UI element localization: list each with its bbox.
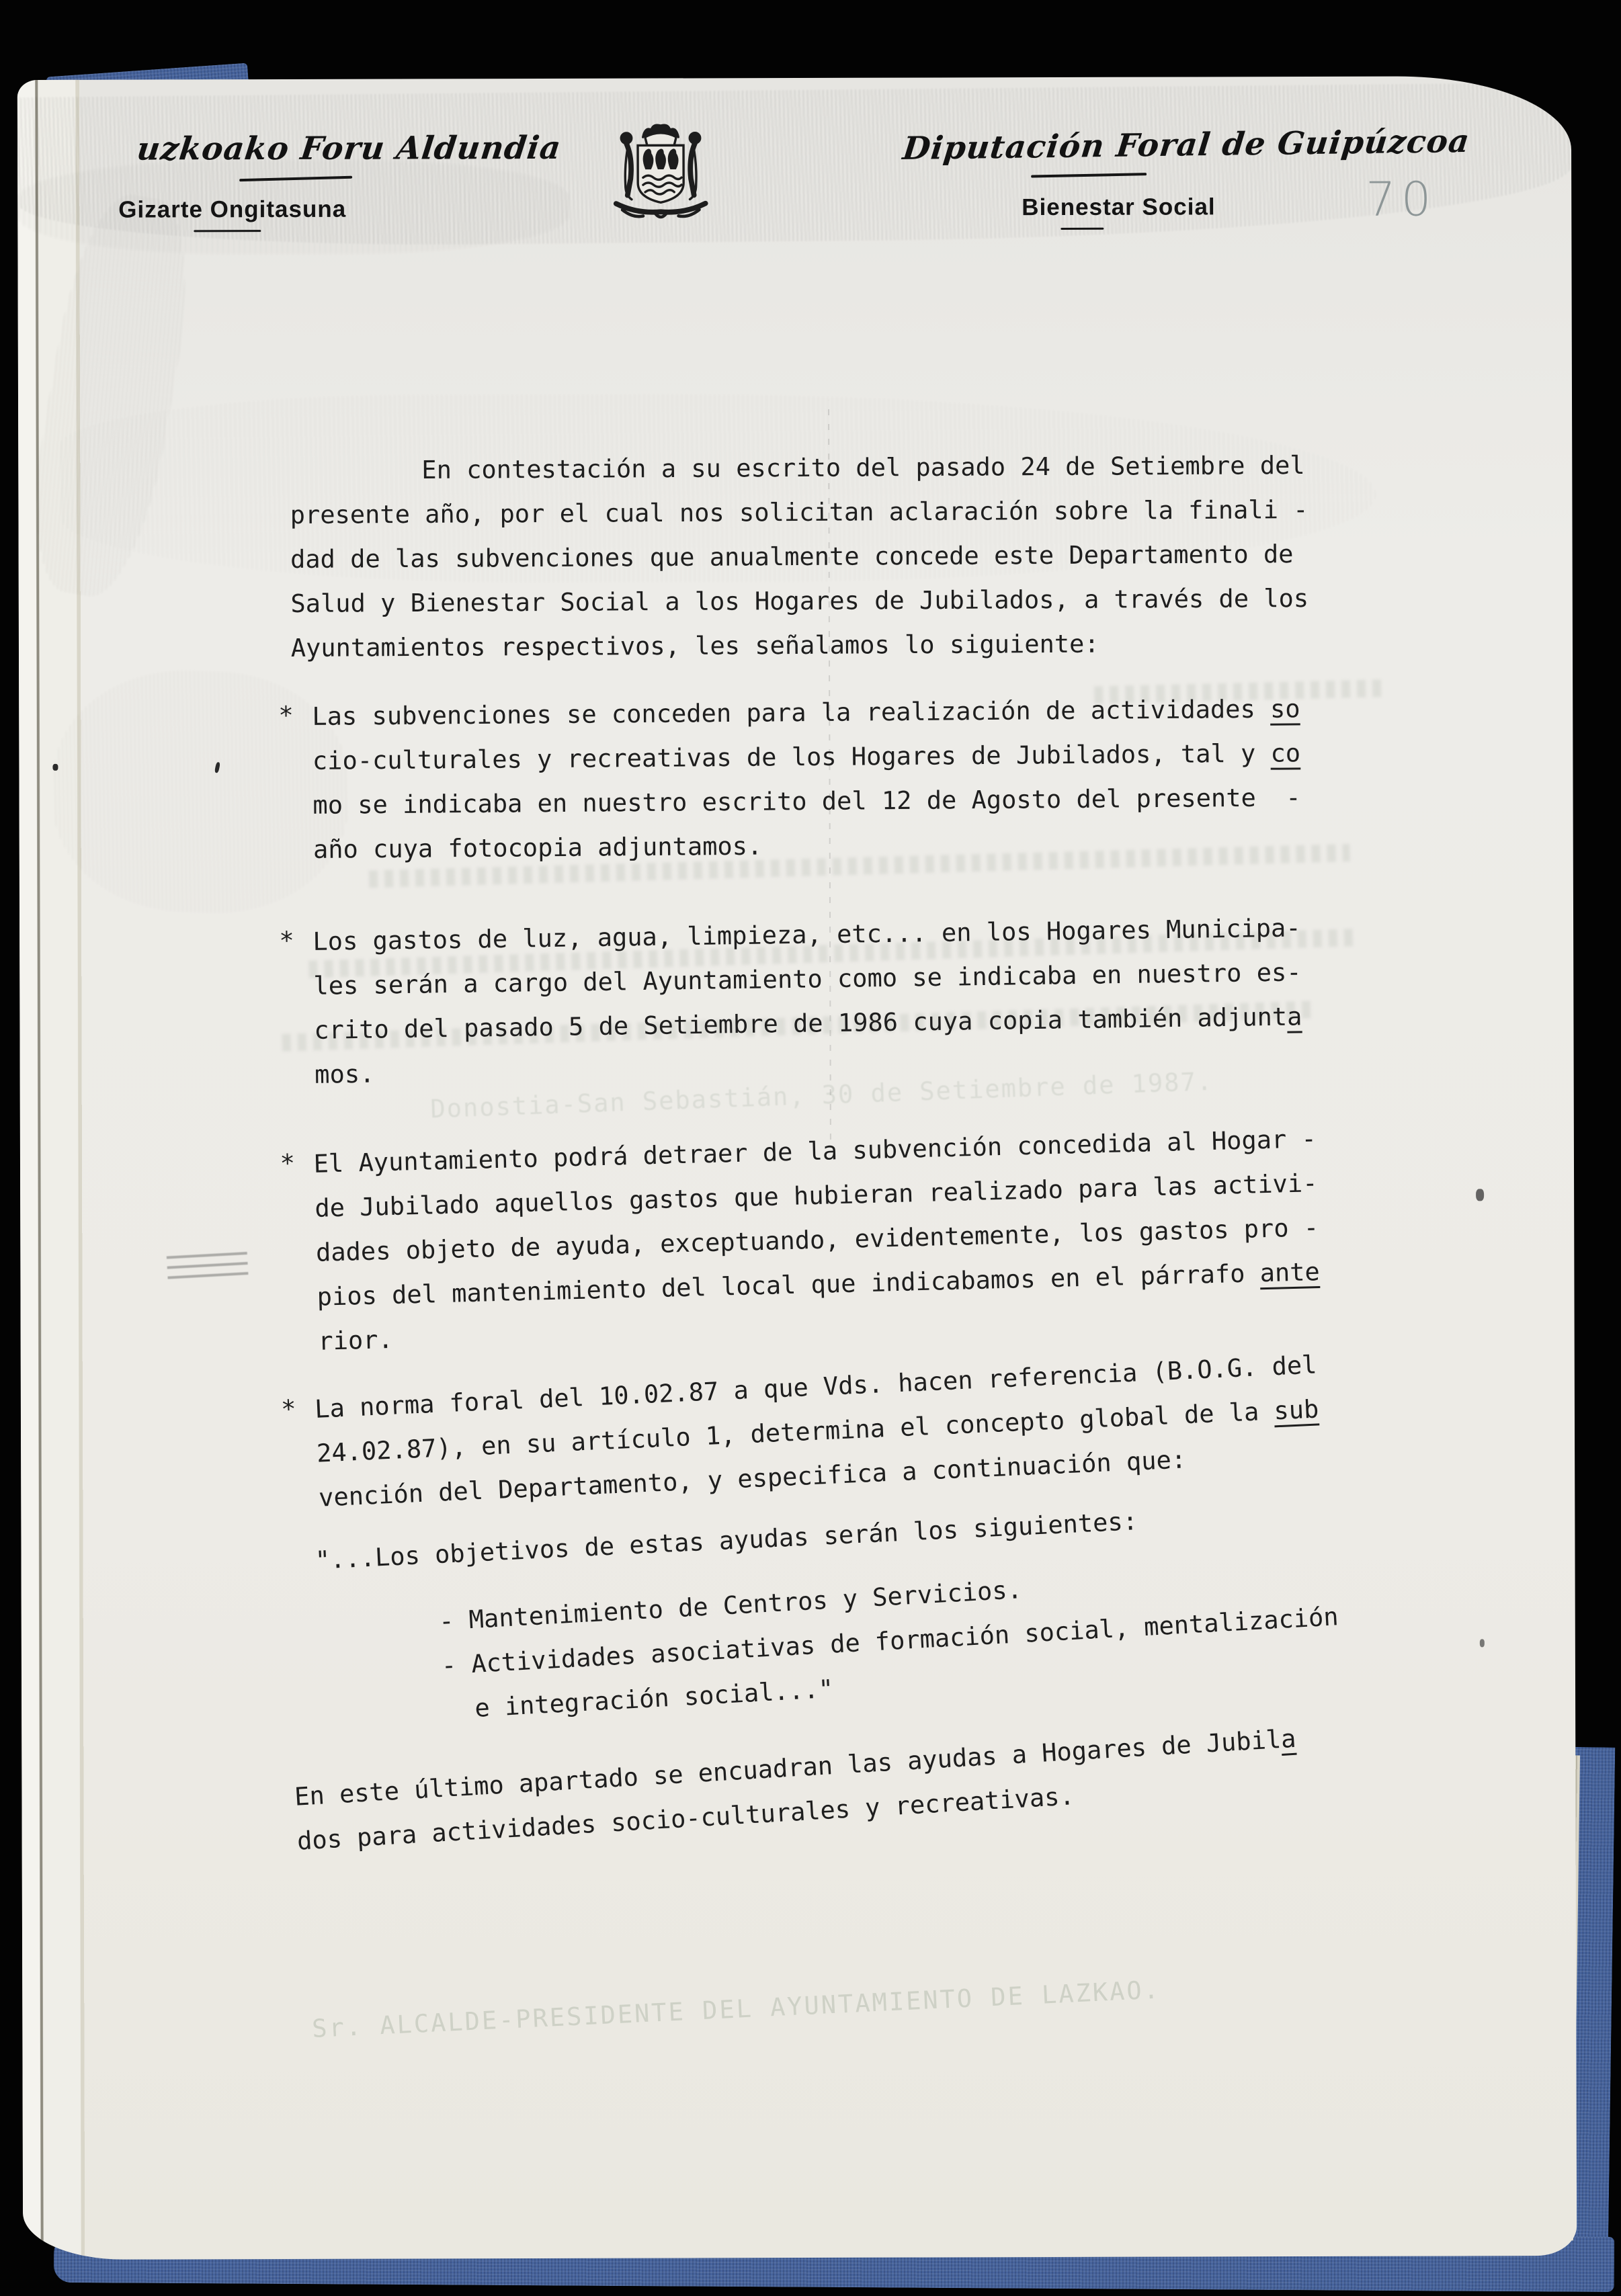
text-line: cio-culturales y recreativas de los Hoga…	[313, 731, 1301, 783]
letterhead-right-rule	[1031, 173, 1147, 177]
page-left-edge	[17, 80, 110, 2260]
bullet-item-1: * Las subvenciones se conceden para la r…	[312, 687, 1301, 872]
letterhead-left-title: uzkoako Foru Aldundia	[135, 130, 563, 168]
quote-items: - Mantenimiento de Centros y Servicios. …	[315, 1550, 1342, 1739]
letterhead-left-dept: Gizarte Ongitasuna	[118, 196, 346, 224]
ink-speck	[214, 762, 220, 773]
ink-speck	[1480, 1639, 1485, 1647]
text-line: Ayuntamientos respectivos, les señalamos…	[291, 621, 1309, 671]
bullet-item-2: * Los gastos de luz, agua, limpieza, etc…	[313, 906, 1303, 1097]
page-number: 70	[1366, 172, 1436, 227]
bullet-marker: *	[280, 1142, 296, 1187]
paragraph-closing: En este último apartado se encuadran las…	[293, 1717, 1300, 1864]
bullet-marker: *	[278, 693, 294, 738]
bullet-item-4: * La norma foral del 10.02.87 a que Vds.…	[314, 1343, 1322, 1520]
text-line: dad de las subvenciones que anualmente c…	[290, 532, 1308, 582]
document-page: Donostia-San Sebastián, 30 de Setiembre …	[17, 76, 1577, 2260]
ghost-addressee-line: Sr. ALCALDE-PRESIDENTE DEL AYUNTAMIENTO …	[311, 1975, 1161, 2043]
scan-noise-dashes	[166, 1245, 248, 1279]
paragraph-intro: En contestación a su escrito del pasado …	[290, 443, 1308, 671]
letterhead-left-rule	[239, 176, 352, 182]
coat-of-arms-icon	[604, 120, 718, 224]
letterhead-right-dept-rule	[1061, 228, 1104, 230]
bullet-marker: *	[280, 1387, 297, 1432]
bullet-item-3: * El Ayuntamiento podrá detraer de la su…	[313, 1117, 1321, 1364]
book-scan: Donostia-San Sebastián, 30 de Setiembre …	[0, 0, 1621, 2296]
letterhead-right-title: Diputación Foral de Guipúzcoa	[901, 123, 1471, 167]
text-line: presente año, por el cual nos solicitan …	[290, 488, 1308, 538]
text-line: Las subvenciones se conceden para la rea…	[312, 687, 1300, 739]
text-line: año cuya fotocopia adjuntamos.	[313, 820, 1302, 872]
text-line: Salud y Bienestar Social a los Hogares d…	[290, 577, 1308, 626]
ink-speck	[1476, 1189, 1484, 1201]
ink-speck	[52, 764, 58, 771]
text-line: En contestación a su escrito del pasado …	[290, 443, 1308, 493]
text-line: mo se indicaba en nuestro escrito del 12…	[313, 775, 1301, 828]
letterhead-left-dept-rule	[194, 230, 261, 232]
letterhead-right-dept: Bienestar Social	[1022, 194, 1215, 221]
bullet-marker: *	[279, 919, 294, 963]
